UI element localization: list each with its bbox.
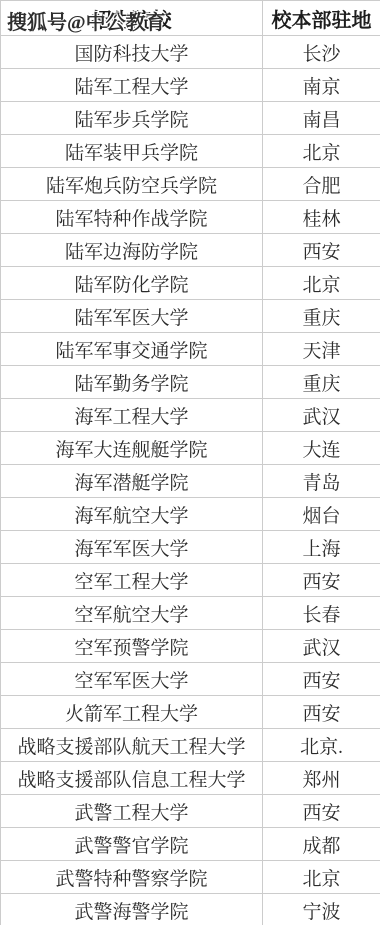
academy-name-cell: 武警警官学院: [1, 828, 263, 861]
academy-name-cell: 海军大连舰艇学院: [1, 432, 263, 465]
hq-city-cell: 西安: [263, 234, 380, 267]
hq-city-cell: 桂林: [263, 201, 380, 234]
hq-city-cell: 西安: [263, 663, 380, 696]
hq-city-cell: 郑州: [263, 762, 380, 795]
hq-city-cell: 西安: [263, 795, 380, 828]
table-body: 国防科技大学长沙陆军工程大学南京陆军步兵学院南昌陆军装甲兵学院北京陆军炮兵防空兵…: [1, 36, 380, 925]
table-row: 海军航空大学烟台: [1, 498, 380, 531]
academy-name-cell: 国防科技大学: [1, 36, 263, 69]
table-row: 陆军装甲兵学院北京: [1, 135, 380, 168]
academy-name-cell: 海军航空大学: [1, 498, 263, 531]
table-row: 空军工程大学西安: [1, 564, 380, 597]
academy-name-cell: 陆军步兵学院: [1, 102, 263, 135]
table-row: 战略支援部队信息工程大学郑州: [1, 762, 380, 795]
table-row: 海军工程大学武汉: [1, 399, 380, 432]
academy-name-cell: 陆军工程大学: [1, 69, 263, 102]
hq-city-cell: 大连: [263, 432, 380, 465]
table-row: 陆军步兵学院南昌: [1, 102, 380, 135]
hq-city-cell: 烟台: [263, 498, 380, 531]
academy-name-cell: 武警工程大学: [1, 795, 263, 828]
academy-name-cell: 空军军医大学: [1, 663, 263, 696]
hq-city-cell: 宁波: [263, 894, 380, 925]
hq-city-cell: 青岛: [263, 465, 380, 498]
table-row: 空军航空大学长春: [1, 597, 380, 630]
hq-city-cell: 西安: [263, 564, 380, 597]
academy-name-cell: 陆军勤务学院: [1, 366, 263, 399]
hq-city-cell: 西安: [263, 696, 380, 729]
academy-name-cell: 陆军军事交通学院: [1, 333, 263, 366]
table-row: 国防科技大学长沙: [1, 36, 380, 69]
hq-city-cell: 北京.: [263, 729, 380, 762]
hq-city-cell: 长春: [263, 597, 380, 630]
academy-table: 招生院校 校本部驻地 国防科技大学长沙陆军工程大学南京陆军步兵学院南昌陆军装甲兵…: [0, 0, 380, 925]
table-header: 招生院校 校本部驻地: [1, 1, 380, 36]
table-row: 陆军工程大学南京: [1, 69, 380, 102]
academy-name-cell: 陆军炮兵防空兵学院: [1, 168, 263, 201]
header-row: 招生院校 校本部驻地: [1, 1, 380, 36]
academy-name-cell: 陆军特种作战学院: [1, 201, 263, 234]
academy-name-cell: 海军潜艇学院: [1, 465, 263, 498]
table-row: 陆军军医大学重庆: [1, 300, 380, 333]
hq-city-cell: 北京: [263, 861, 380, 894]
academy-name-cell: 战略支援部队信息工程大学: [1, 762, 263, 795]
table-row: 陆军边海防学院西安: [1, 234, 380, 267]
academy-name-cell: 火箭军工程大学: [1, 696, 263, 729]
academy-name-cell: 武警特种警察学院: [1, 861, 263, 894]
table-row: 武警特种警察学院北京: [1, 861, 380, 894]
table-row: 武警海警学院宁波: [1, 894, 380, 925]
hq-city-cell: 南昌: [263, 102, 380, 135]
table-row: 海军潜艇学院青岛: [1, 465, 380, 498]
table-row: 陆军防化学院北京: [1, 267, 380, 300]
academy-name-cell: 陆军军医大学: [1, 300, 263, 333]
hq-city-cell: 上海: [263, 531, 380, 564]
header-cell-hq-city: 校本部驻地: [263, 1, 380, 36]
academy-name-cell: 武警海警学院: [1, 894, 263, 925]
table-row: 武警工程大学西安: [1, 795, 380, 828]
table-row: 海军大连舰艇学院大连: [1, 432, 380, 465]
hq-city-cell: 长沙: [263, 36, 380, 69]
hq-city-cell: 北京: [263, 267, 380, 300]
hq-city-cell: 重庆: [263, 300, 380, 333]
header-cell-academy-name: 招生院校: [1, 1, 263, 36]
table-row: 陆军军事交通学院天津: [1, 333, 380, 366]
hq-city-cell: 天津: [263, 333, 380, 366]
hq-city-cell: 成都: [263, 828, 380, 861]
table-row: 陆军特种作战学院桂林: [1, 201, 380, 234]
table-row: 陆军炮兵防空兵学院合肥: [1, 168, 380, 201]
hq-city-cell: 南京: [263, 69, 380, 102]
academy-name-cell: 海军军医大学: [1, 531, 263, 564]
hq-city-cell: 重庆: [263, 366, 380, 399]
table-row: 空军军医大学西安: [1, 663, 380, 696]
table-row: 陆军勤务学院重庆: [1, 366, 380, 399]
academy-name-cell: 陆军防化学院: [1, 267, 263, 300]
academy-name-cell: 空军预警学院: [1, 630, 263, 663]
hq-city-cell: 武汉: [263, 399, 380, 432]
academy-name-cell: 陆军边海防学院: [1, 234, 263, 267]
hq-city-cell: 北京: [263, 135, 380, 168]
table-row: 武警警官学院成都: [1, 828, 380, 861]
academy-name-cell: 海军工程大学: [1, 399, 263, 432]
academy-name-cell: 空军工程大学: [1, 564, 263, 597]
academy-name-cell: 战略支援部队航天工程大学: [1, 729, 263, 762]
page: 招生院校 校本部驻地 国防科技大学长沙陆军工程大学南京陆军步兵学院南昌陆军装甲兵…: [0, 0, 380, 925]
table-row: 海军军医大学上海: [1, 531, 380, 564]
hq-city-cell: 武汉: [263, 630, 380, 663]
academy-name-cell: 空军航空大学: [1, 597, 263, 630]
table-row: 空军预警学院武汉: [1, 630, 380, 663]
academy-name-cell: 陆军装甲兵学院: [1, 135, 263, 168]
table-row: 火箭军工程大学西安: [1, 696, 380, 729]
hq-city-cell: 合肥: [263, 168, 380, 201]
table-row: 战略支援部队航天工程大学北京.: [1, 729, 380, 762]
